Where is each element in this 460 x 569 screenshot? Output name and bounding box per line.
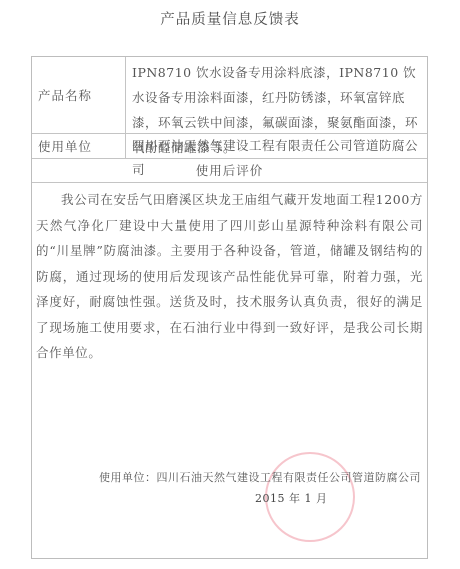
evaluation-text: 我公司在安岳气田磨溪区块龙王庙组气藏开发地面工程1200方天然气净化厂建设中大量… (36, 187, 423, 366)
product-name-label: 产品名称 (32, 57, 126, 133)
user-unit-label: 使用单位 (32, 134, 126, 158)
user-unit-row: 使用单位 四川石油天然气建设工程有限责任公司管道防腐公司 (32, 134, 427, 159)
product-name-value: IPN8710 饮水设备专用涂料底漆，IPN8710 饮水设备专用涂料面漆，红丹… (126, 57, 427, 133)
document-title: 产品质量信息反馈表 (0, 8, 460, 29)
feedback-table: 产品名称 IPN8710 饮水设备专用涂料底漆，IPN8710 饮水设备专用涂料… (31, 56, 428, 559)
product-name-row: 产品名称 IPN8710 饮水设备专用涂料底漆，IPN8710 饮水设备专用涂料… (32, 57, 427, 134)
user-unit-value: 四川石油天然气建设工程有限责任公司管道防腐公司 (126, 134, 427, 158)
signature-line: 使用单位：四川石油天然气建设工程有限责任公司管道防腐公司 (99, 469, 421, 485)
evaluation-header: 使用后评价 (32, 159, 427, 183)
signature-date: 2015 年 1 月 (255, 490, 327, 506)
